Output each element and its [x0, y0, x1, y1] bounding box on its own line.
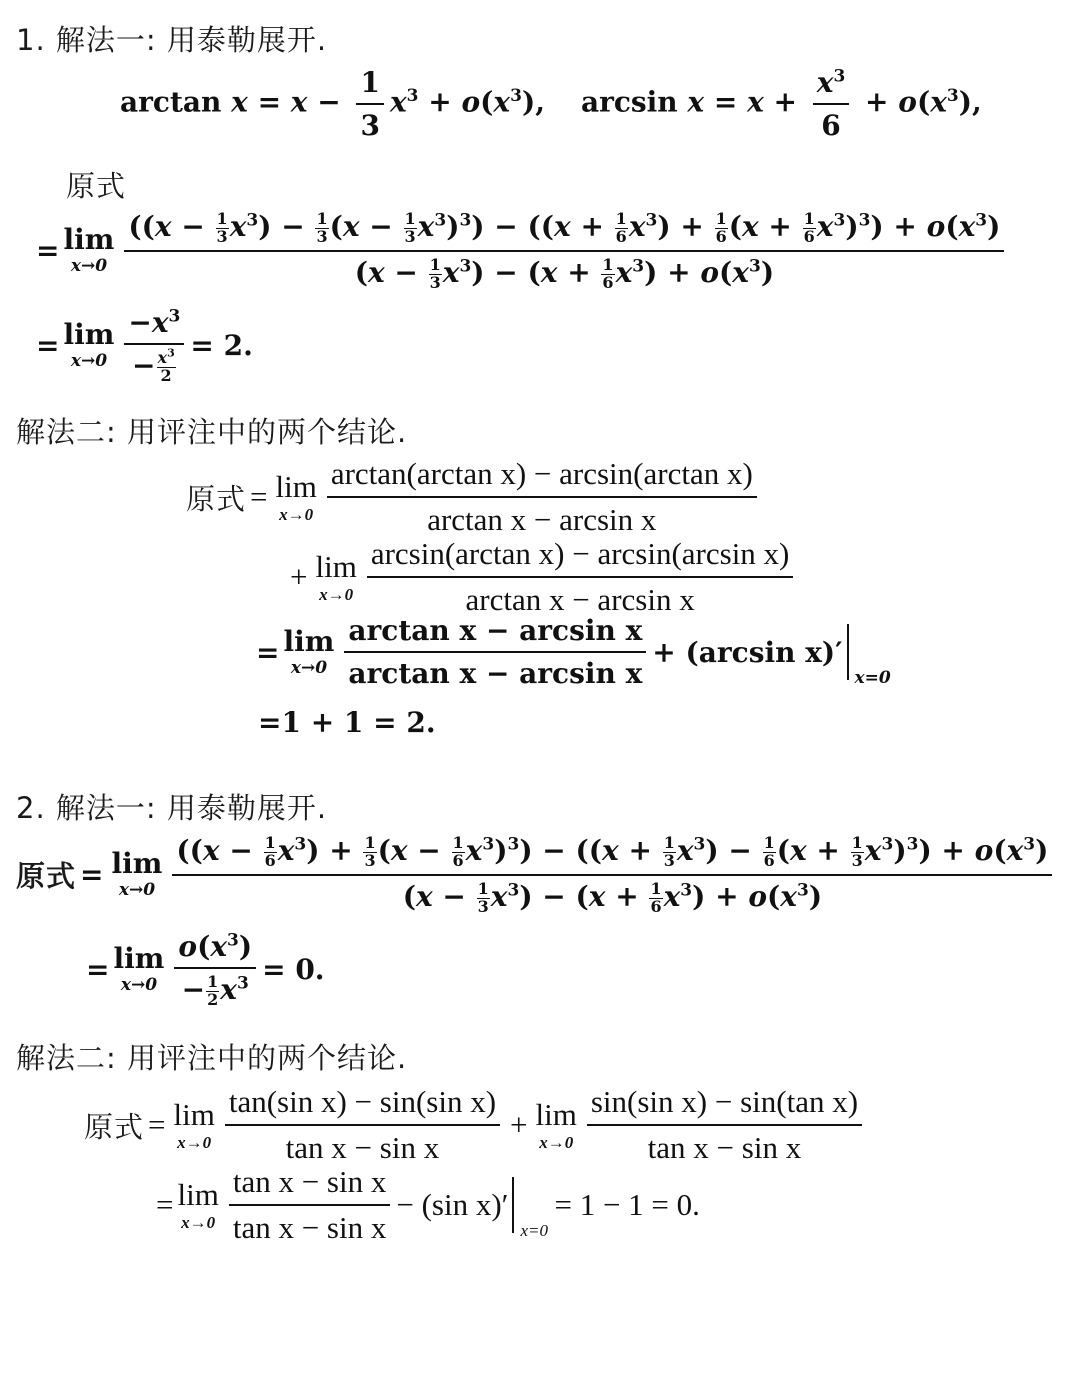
p1-step2-fraction: −x3 −x32 [124, 306, 184, 385]
p2-m2-ratio: tan x − sin x tan x − sin x [229, 1164, 391, 1246]
limit-operator: limx→0 [283, 628, 334, 677]
p1-step1-numerator: ((x − 13x3) − 13(x − 13x3)3) − ((x + 16x… [124, 210, 1004, 250]
limit-operator: limx→0 [113, 945, 164, 994]
p2-m2-term2: sin(sin x) − sin(tan x) tan x − sin x [587, 1084, 862, 1166]
p2-m1-step2: = limx→0 o(x3) −12x3 = 0. [86, 930, 325, 1009]
p1-m2-line1: 原式 = limx→0 arctan(arctan x) − arcsin(ar… [186, 456, 763, 538]
ratio-numerator: arctan x − arcsin x [344, 614, 646, 651]
limit-operator: limx→0 [536, 1099, 577, 1151]
ratio-denominator: tan x − sin x [229, 1204, 391, 1246]
p1-step1-denominator: (x − 13x3) − (x + 16x3) + o(x3) [124, 250, 1004, 292]
p1-m2-term2: arcsin(arctan x) − arcsin(arcsin x) arct… [367, 536, 794, 618]
p1-m1-result: = 2. [190, 329, 252, 362]
yuanshi-label-2: 原式 [186, 477, 246, 518]
p1-m1-step2: = limx→0 −x3 −x32 = 2. [36, 306, 253, 385]
p1-method2-heading: 解法二: 用评注中的两个结论. [16, 410, 407, 451]
p2-m1-result: = 0. [262, 953, 324, 986]
problem1-heading: 1. 解法一: 用泰勒展开. [16, 18, 327, 59]
equals-sign: = [256, 636, 279, 669]
limit-operator: limx→0 [63, 321, 114, 370]
term1-denominator: arctan x − arcsin x [327, 496, 757, 538]
yuanshi-label-4: 原式 [84, 1105, 144, 1146]
limit-operator: limx→0 [63, 226, 114, 275]
p2-m2-line1: 原式 = limx→0 tan(sin x) − sin(sin x) tan … [84, 1084, 868, 1166]
equals-sign: = [36, 234, 59, 267]
plus-sign: + [510, 1107, 527, 1143]
p1-m2-result: =1 + 1 = 2. [258, 706, 436, 739]
term1-numerator: arctan(arctan x) − arcsin(arctan x) [327, 456, 757, 496]
plus-sign: + [290, 559, 307, 595]
limit-operator: limx→0 [177, 1179, 218, 1231]
yuanshi-label-3: 原式 [16, 854, 76, 895]
p1-step1-fraction: ((x − 13x3) − 13(x − 13x3)3) − ((x + 16x… [124, 210, 1004, 292]
p1-m1-step1: = limx→0 ((x − 13x3) − 13(x − 13x3)3) − … [36, 210, 1010, 292]
p2-method2-heading: 解法二: 用评注中的两个结论. [16, 1036, 407, 1077]
term1-numerator: tan(sin x) − sin(sin x) [225, 1084, 500, 1124]
limit-operator: limx→0 [315, 551, 356, 603]
p2-step2-fraction: o(x3) −12x3 [174, 930, 256, 1009]
evaluation-bar: x=0 [847, 624, 849, 680]
term2-numerator: sin(sin x) − sin(tan x) [587, 1084, 862, 1124]
p1-m2-term1: arctan(arctan x) − arcsin(arctan x) arct… [327, 456, 757, 538]
arcsin-expansion: arcsin x = x + x36 + o(x3), [581, 66, 982, 142]
p2-m2-line2: = limx→0 tan x − sin x tan x − sin x − (… [156, 1164, 700, 1246]
p2-step1-numerator: ((x − 16x3) + 13(x − 16x3)3) − ((x + 13x… [172, 834, 1052, 874]
limit-operator: limx→0 [276, 471, 317, 523]
equals-sign: = [156, 1187, 173, 1223]
p2-step1-fraction: ((x − 16x3) + 13(x − 16x3)3) − ((x + 13x… [172, 834, 1052, 916]
term1-denominator: tan x − sin x [225, 1124, 500, 1166]
term2-denominator: arctan x − arcsin x [367, 576, 794, 618]
term2-denominator: tan x − sin x [587, 1124, 862, 1166]
taylor-expansions: arctan x = x − 13x3 + o(x3), arcsin x = … [120, 66, 982, 142]
p1-m2-line2: + limx→0 arcsin(arctan x) − arcsin(arcsi… [290, 536, 799, 618]
yuanshi-label-1: 原式 [66, 164, 126, 205]
p2-m2-result: = 1 − 1 = 0. [554, 1187, 699, 1223]
evaluation-bar: x=0 [512, 1177, 514, 1233]
limit-operator: limx→0 [174, 1099, 215, 1151]
p2-m2-term1: tan(sin x) − sin(sin x) tan x − sin x [225, 1084, 500, 1166]
arctan-expansion: arctan x = x − 13x3 + o(x3), [120, 66, 545, 142]
p2-m1-step1: 原式 = limx→0 ((x − 16x3) + 13(x − 16x3)3)… [16, 834, 1058, 916]
equals-sign: = [148, 1107, 165, 1143]
ratio-numerator: tan x − sin x [229, 1164, 391, 1204]
p1-m2-ratio: arctan x − arcsin x arctan x − arcsin x [344, 614, 646, 690]
problem2-heading: 2. 解法一: 用泰勒展开. [16, 786, 327, 827]
ratio-denominator: arctan x − arcsin x [344, 651, 646, 690]
p2-step1-denominator: (x − 13x3) − (x + 16x3) + o(x3) [172, 874, 1052, 916]
equals-sign: = [250, 479, 267, 515]
derivative-term: + (arcsin x)′ [652, 636, 842, 669]
equals-sign: = [36, 329, 59, 362]
equals-sign: = [80, 858, 103, 891]
term2-numerator: arcsin(arctan x) − arcsin(arcsin x) [367, 536, 794, 576]
limit-operator: limx→0 [111, 850, 162, 899]
p1-m2-line3: = limx→0 arctan x − arcsin x arctan x − … [256, 614, 849, 690]
equals-sign: = [86, 953, 109, 986]
derivative-term: − (sin x)′ [396, 1187, 508, 1223]
